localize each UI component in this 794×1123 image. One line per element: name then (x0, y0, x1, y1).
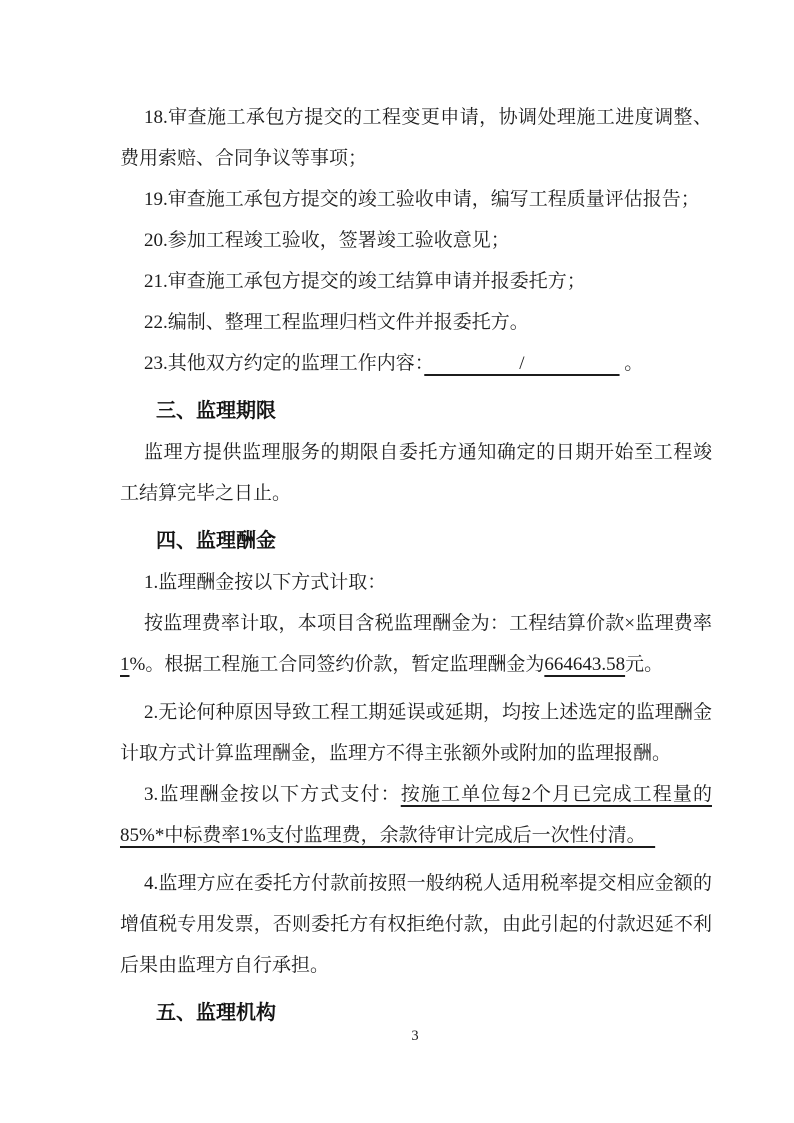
paragraph: 2.无论何种原因导致工程工期延误或延期，均按上述选定的监理酬金计取方式计算监理酬… (120, 692, 712, 774)
section-heading: 三、监理期限 (120, 391, 712, 432)
text-run: 元。 (625, 654, 663, 675)
paragraph: 18.审查施工承包方提交的工程变更申请，协调处理施工进度调整、费用索赔、合同争议… (120, 97, 712, 179)
text-run: 3.监理酬金按以下方式支付： (144, 784, 401, 805)
text-run: 2.无论何种原因导致工程工期延误或延期，均按上述选定的监理酬金计取方式计算监理酬… (120, 702, 712, 764)
document-page: 18.审查施工承包方提交的工程变更申请，协调处理施工进度调整、费用索赔、合同争议… (0, 0, 794, 1123)
text-run: 监理方提供监理服务的期限自委托方通知确定的日期开始至工程竣工结算完毕之日止。 (120, 442, 712, 504)
section-heading: 四、监理酬金 (120, 521, 712, 562)
text-run: %。根据工程施工合同签约价款，暂定监理酬金为 (130, 654, 545, 675)
text-run: 21.审查施工承包方提交的竣工结算申请并报委托方； (144, 271, 586, 292)
text-run: 18.审查施工承包方提交的工程变更申请，协调处理施工进度调整、费用索赔、合同争议… (120, 107, 712, 169)
paragraph: 20.参加工程竣工验收，签署竣工验收意见； (120, 220, 712, 261)
text-run: 1.监理酬金按以下方式计取： (144, 572, 386, 593)
underlined-text: / (424, 353, 619, 374)
text-run: 。 (620, 353, 644, 374)
text-run: 23.其他双方约定的监理工作内容： (144, 353, 424, 374)
paragraph: 1.监理酬金按以下方式计取： (120, 562, 712, 603)
underlined-text: 1 (120, 654, 130, 675)
text-run: 20.参加工程竣工验收，签署竣工验收意见； (144, 230, 510, 251)
paragraph: 23.其他双方约定的监理工作内容： / 。 (120, 343, 712, 384)
paragraph: 19.审查施工承包方提交的竣工验收申请，编写工程质量评估报告； (120, 179, 712, 220)
paragraph: 22.编制、整理工程监理归档文件并报委托方。 (120, 302, 712, 343)
text-run: 19.审查施工承包方提交的竣工验收申请，编写工程质量评估报告； (144, 189, 700, 210)
text-run: 4.监理方应在委托方付款前按照一般纳税人适用税率提交相应金额的增值税专用发票，否… (120, 873, 712, 976)
paragraph: 3.监理酬金按以下方式支付：按施工单位每2个月已完成工程量的85%*中标费率1%… (120, 774, 712, 856)
page-footer: 3 (0, 1026, 794, 1046)
paragraph: 按监理费率计取，本项目含税监理酬金为：工程结算价款×监理费率1%。根据工程施工合… (120, 603, 712, 685)
text-run: 四、监理酬金 (156, 530, 276, 552)
text-run: 按监理费率计取，本项目含税监理酬金为：工程结算价款×监理费率 (144, 613, 712, 634)
text-run: 三、监理期限 (156, 400, 276, 422)
text-run: 22.编制、整理工程监理归档文件并报委托方。 (144, 312, 529, 333)
document-body: 18.审查施工承包方提交的工程变更申请，协调处理施工进度调整、费用索赔、合同争议… (120, 97, 712, 1034)
paragraph: 监理方提供监理服务的期限自委托方通知确定的日期开始至工程竣工结算完毕之日止。 (120, 432, 712, 514)
text-run: 五、监理机构 (156, 1002, 276, 1024)
paragraph: 21.审查施工承包方提交的竣工结算申请并报委托方； (120, 261, 712, 302)
underlined-text: 664643.58 (544, 654, 625, 675)
paragraph: 4.监理方应在委托方付款前按照一般纳税人适用税率提交相应金额的增值税专用发票，否… (120, 863, 712, 986)
page-number: 3 (411, 1028, 418, 1044)
